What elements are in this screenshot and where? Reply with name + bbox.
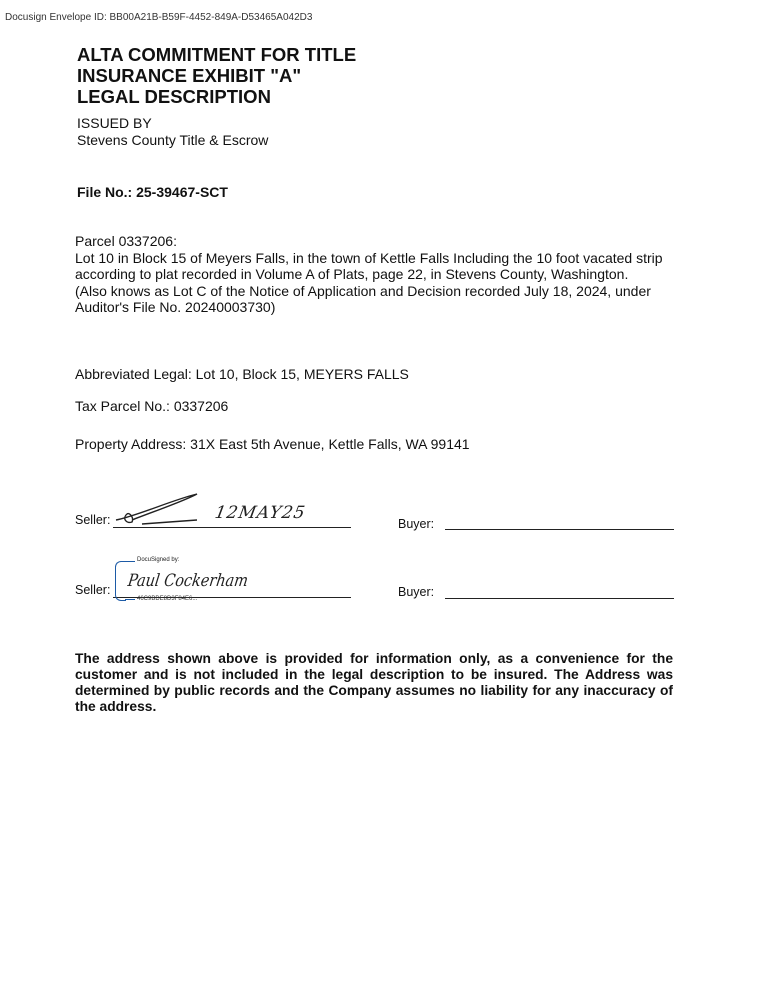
issuer-name: Stevens County Title & Escrow — [77, 132, 268, 149]
seller-label-1: Seller: — [75, 513, 110, 527]
issued-by-block: ISSUED BY Stevens County Title & Escrow — [77, 115, 268, 149]
tax-parcel-number: Tax Parcel No.: 0337206 — [75, 398, 228, 414]
buyer-signature-line-2[interactable] — [445, 598, 674, 599]
legal-line: Auditor's File No. 20240003730) — [75, 299, 715, 316]
docusign-bracket-top — [125, 561, 135, 562]
seller-signature-scribble — [112, 490, 207, 530]
buyer-label-2: Buyer: — [398, 585, 434, 599]
docusign-bracket-bottom — [125, 599, 135, 600]
document-title: ALTA COMMITMENT FOR TITLE INSURANCE EXHI… — [77, 44, 356, 107]
issued-by-label: ISSUED BY — [77, 115, 268, 132]
title-line-2: INSURANCE EXHIBIT "A" — [77, 65, 356, 86]
docusigned-by-label: DocuSigned by: — [137, 557, 179, 563]
seller-handwritten-date: 12MAY25 — [213, 503, 307, 523]
legal-description: Parcel 0337206: Lot 10 in Block 15 of Me… — [75, 233, 715, 316]
docusign-signature: Paul Cockerham — [127, 571, 250, 591]
legal-line: Lot 10 in Block 15 of Meyers Falls, in t… — [75, 250, 715, 267]
buyer-label-1: Buyer: — [398, 517, 434, 531]
title-line-3: LEGAL DESCRIPTION — [77, 86, 356, 107]
address-disclaimer: The address shown above is provided for … — [75, 651, 673, 715]
seller-label-2: Seller: — [75, 583, 110, 597]
buyer-signature-line-1[interactable] — [445, 529, 674, 530]
docusign-signature-id: 46C9BDE8D3F84E6... — [137, 596, 197, 602]
property-address: Property Address: 31X East 5th Avenue, K… — [75, 436, 470, 452]
envelope-id: Docusign Envelope ID: BB00A21B-B59F-4452… — [5, 12, 312, 23]
docusign-bracket — [115, 561, 126, 601]
legal-line: (Also knows as Lot C of the Notice of Ap… — [75, 283, 715, 300]
title-line-1: ALTA COMMITMENT FOR TITLE — [77, 44, 356, 65]
abbreviated-legal: Abbreviated Legal: Lot 10, Block 15, MEY… — [75, 366, 409, 382]
legal-line: Parcel 0337206: — [75, 233, 715, 250]
file-number: File No.: 25-39467-SCT — [77, 184, 228, 200]
legal-line: according to plat recorded in Volume A o… — [75, 266, 715, 283]
